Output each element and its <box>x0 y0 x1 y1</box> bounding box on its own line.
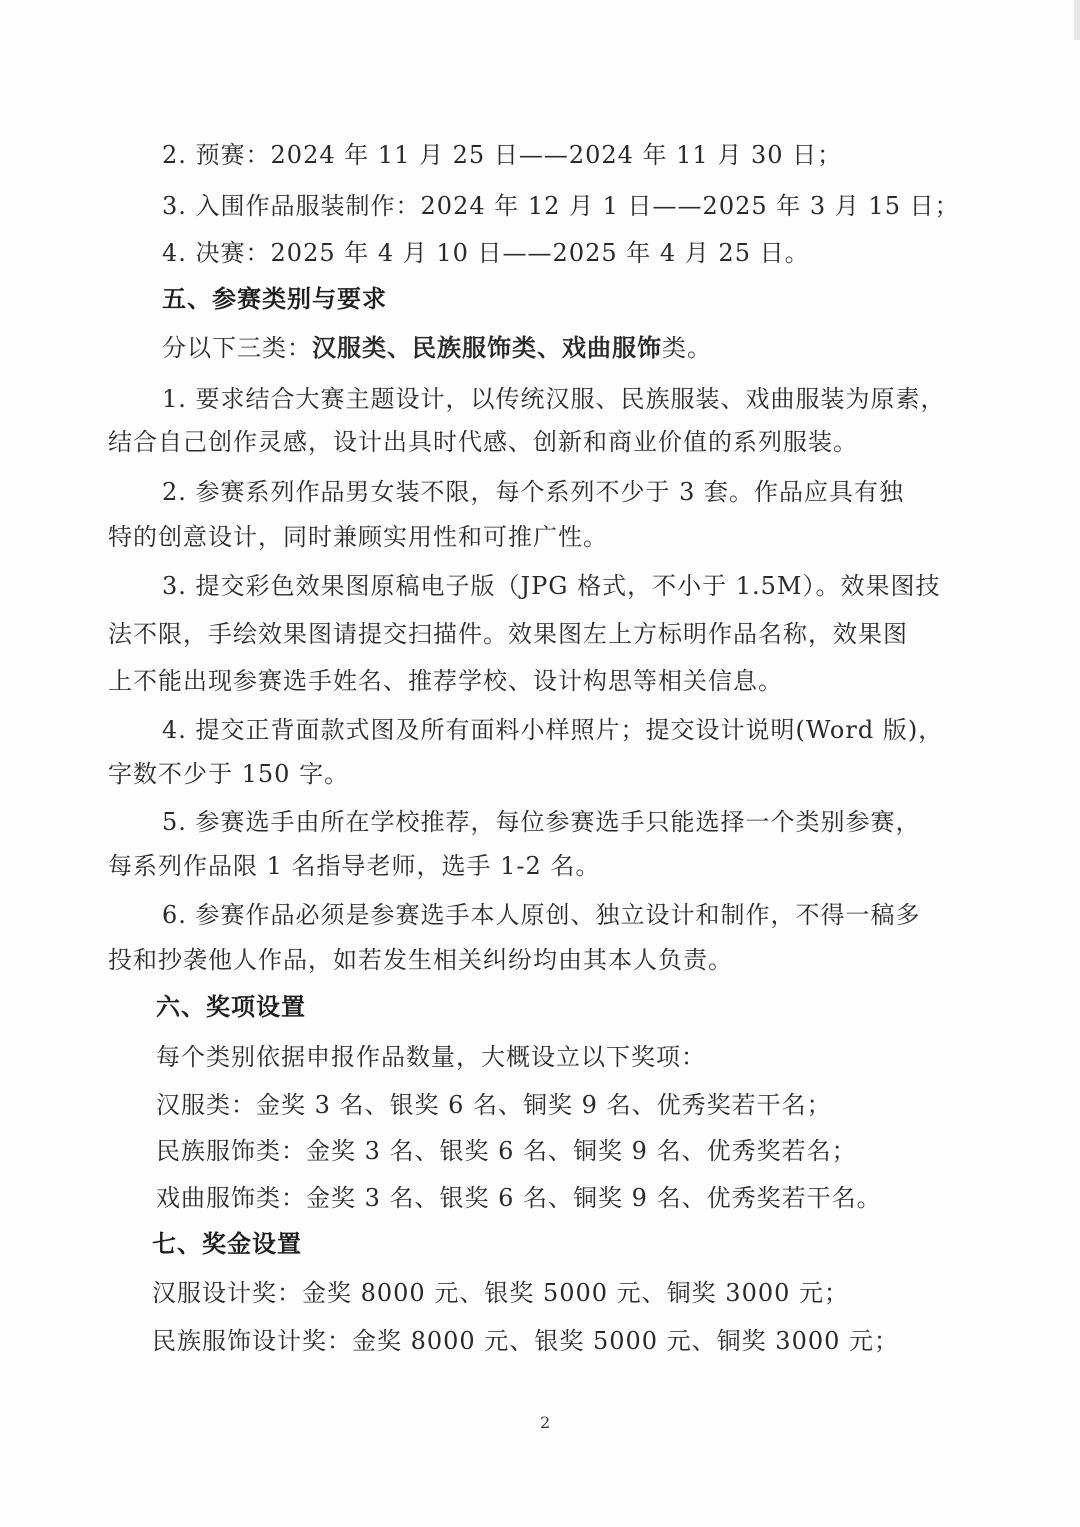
requirement-6-line-2: 投和抄袭他人作品，如若发生相关纠纷均由其本人负责。 <box>108 943 733 977</box>
section-6-intro: 每个类别依据申报作品数量，大概设立以下奖项： <box>156 1040 706 1074</box>
requirement-5-line-1: 5. 参赛选手由所在学校推荐，每位参赛选手只能选择一个类别参赛， <box>162 805 921 839</box>
requirement-3-line-3: 上不能出现参赛选手姓名、推荐学校、设计构思等相关信息。 <box>108 664 783 698</box>
prize-row-hanfu: 汉服设计奖：金奖 8000 元、银奖 5000 元、铜奖 3000 元； <box>152 1276 849 1310</box>
section-6-title: 六、奖项设置 <box>156 990 306 1024</box>
requirement-2-line-1: 2. 参赛系列作品男女装不限，每个系列不少于 3 套。作品应具有独 <box>162 475 904 509</box>
section-7-title: 七、奖金设置 <box>152 1227 302 1261</box>
requirement-4-line-2: 字数不少于 150 字。 <box>108 757 349 791</box>
award-row-hanfu: 汉服类：金奖 3 名、银奖 6 名、铜奖 9 名、优秀奖若干名； <box>156 1088 832 1122</box>
intro-suffix: 类。 <box>662 334 712 362</box>
section-5-intro: 分以下三类：汉服类、民族服饰类、戏曲服饰类。 <box>162 331 712 365</box>
scan-edge <box>1074 0 1080 40</box>
intro-prefix: 分以下三类： <box>162 334 312 362</box>
requirement-1-line-1: 1. 要求结合大赛主题设计，以传统汉服、民族服装、戏曲服装为原素， <box>162 382 946 416</box>
section-5-title: 五、参赛类别与要求 <box>162 282 387 316</box>
requirement-4-line-1: 4. 提交正背面款式图及所有面料小样照片；提交设计说明(Word 版)， <box>162 713 943 747</box>
document-page: 2. 预赛：2024 年 11 月 25 日——2024 年 11 月 30 日… <box>0 0 1080 1527</box>
schedule-item-3: 3. 入围作品服装制作：2024 年 12 月 1 日——2025 年 3 月 … <box>162 189 960 223</box>
page-number: 2 <box>540 1413 550 1432</box>
prize-row-ethnic: 民族服饰设计奖：金奖 8000 元、银奖 5000 元、铜奖 3000 元； <box>152 1324 899 1358</box>
schedule-item-4: 4. 决赛：2025 年 4 月 10 日——2025 年 4 月 25 日。 <box>162 236 810 270</box>
requirement-6-line-1: 6. 参赛作品必须是参赛选手本人原创、独立设计和制作，不得一稿多 <box>162 898 921 932</box>
award-row-ethnic: 民族服饰类：金奖 3 名、银奖 6 名、铜奖 9 名、优秀奖若名； <box>156 1134 857 1168</box>
schedule-item-2: 2. 预赛：2024 年 11 月 25 日——2024 年 11 月 30 日… <box>162 138 842 172</box>
requirement-3-line-1: 3. 提交彩色效果图原稿电子版（JPG 格式，不小于 1.5M）。效果图技 <box>162 569 940 603</box>
requirement-3-line-2: 法不限，手绘效果图请提交扫描件。效果图左上方标明作品名称，效果图 <box>108 617 908 651</box>
intro-categories: 汉服类、民族服饰类、戏曲服饰 <box>312 334 662 362</box>
award-row-opera: 戏曲服饰类：金奖 3 名、银奖 6 名、铜奖 9 名、优秀奖若干名。 <box>156 1181 882 1215</box>
requirement-2-line-2: 特的创意设计，同时兼顾实用性和可推广性。 <box>108 520 608 554</box>
requirement-5-line-2: 每系列作品限 1 名指导老师，选手 1-2 名。 <box>108 849 600 883</box>
requirement-1-line-2: 结合自己创作灵感，设计出具时代感、创新和商业价值的系列服装。 <box>108 425 858 459</box>
